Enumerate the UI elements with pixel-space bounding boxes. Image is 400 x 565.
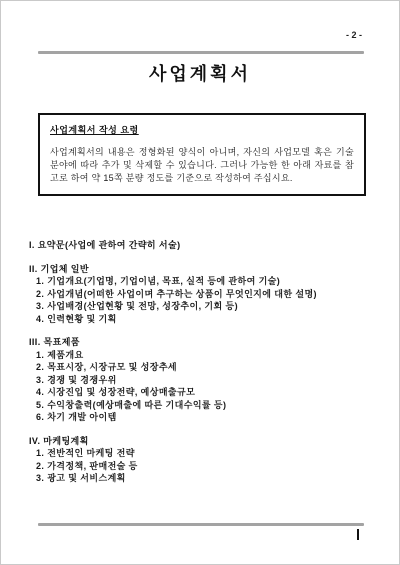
footer-rule [38, 523, 364, 526]
outline-item: 1. 기업개요(기업명, 기업이념, 목표, 실적 등에 관하여 기술) [29, 275, 373, 288]
outline-item: 3. 사업배경(산업현황 및 전망, 성장추이, 기회 등) [29, 300, 373, 313]
document-title: 사업계획서 [1, 60, 399, 86]
section-heading: III. 목표제품 [29, 336, 373, 349]
outline-item: 2. 목표시장, 시장규모 및 성장추세 [29, 361, 373, 374]
document-page: - 2 - 사업계획서 사업계획서 작성 요령 사업계획서의 내용은 정형화된 … [0, 0, 400, 565]
section-items: 1. 기업개요(기업명, 기업이념, 목표, 실적 등에 관하여 기술) 2. … [29, 275, 373, 325]
section-heading: IV. 마케팅계획 [29, 435, 373, 448]
outline-item: 6. 차기 개발 아이템 [29, 411, 373, 424]
cursor-mark [357, 529, 360, 540]
page-number: - 2 - [346, 30, 362, 40]
outline: I. 요약문(사업에 관하여 간략히 서술) II. 기업체 일반 1. 기업개… [29, 239, 373, 496]
outline-item: 4. 인력현황 및 기획 [29, 313, 373, 326]
section-heading: II. 기업체 일반 [29, 263, 373, 276]
notice-box-body: 사업계획서의 내용은 정형화된 양식이 아니며, 자신의 사업모델 혹은 기술분… [50, 146, 354, 185]
outline-item: 2. 가격정책, 판매전술 등 [29, 460, 373, 473]
outline-item: 1. 제품개요 [29, 349, 373, 362]
outline-item: 2. 사업개념(어떠한 사업이며 추구하는 상품이 무엇인지에 대한 설명) [29, 288, 373, 301]
outline-item: 5. 수익창출력(예상매출에 따른 기대수익률 등) [29, 399, 373, 412]
outline-section: I. 요약문(사업에 관하여 간략히 서술) [29, 239, 373, 252]
notice-box: 사업계획서 작성 요령 사업계획서의 내용은 정형화된 양식이 아니며, 자신의… [38, 113, 366, 196]
outline-item: 4. 시장진입 및 성장전략, 예상매출규모 [29, 386, 373, 399]
outline-item: 1. 전반적인 마케팅 전략 [29, 447, 373, 460]
outline-section: II. 기업체 일반 1. 기업개요(기업명, 기업이념, 목표, 실적 등에 … [29, 263, 373, 326]
section-items: 1. 제품개요 2. 목표시장, 시장규모 및 성장추세 3. 경쟁 및 경쟁우… [29, 349, 373, 424]
outline-section: III. 목표제품 1. 제품개요 2. 목표시장, 시장규모 및 성장추세 3… [29, 336, 373, 424]
notice-box-heading: 사업계획서 작성 요령 [50, 123, 354, 136]
section-heading: I. 요약문(사업에 관하여 간략히 서술) [29, 239, 373, 252]
header-rule [38, 51, 364, 54]
outline-item: 3. 광고 및 서비스계획 [29, 472, 373, 485]
outline-section: IV. 마케팅계획 1. 전반적인 마케팅 전략 2. 가격정책, 판매전술 등… [29, 435, 373, 485]
section-items: 1. 전반적인 마케팅 전략 2. 가격정책, 판매전술 등 3. 광고 및 서… [29, 447, 373, 485]
outline-item: 3. 경쟁 및 경쟁우위 [29, 374, 373, 387]
